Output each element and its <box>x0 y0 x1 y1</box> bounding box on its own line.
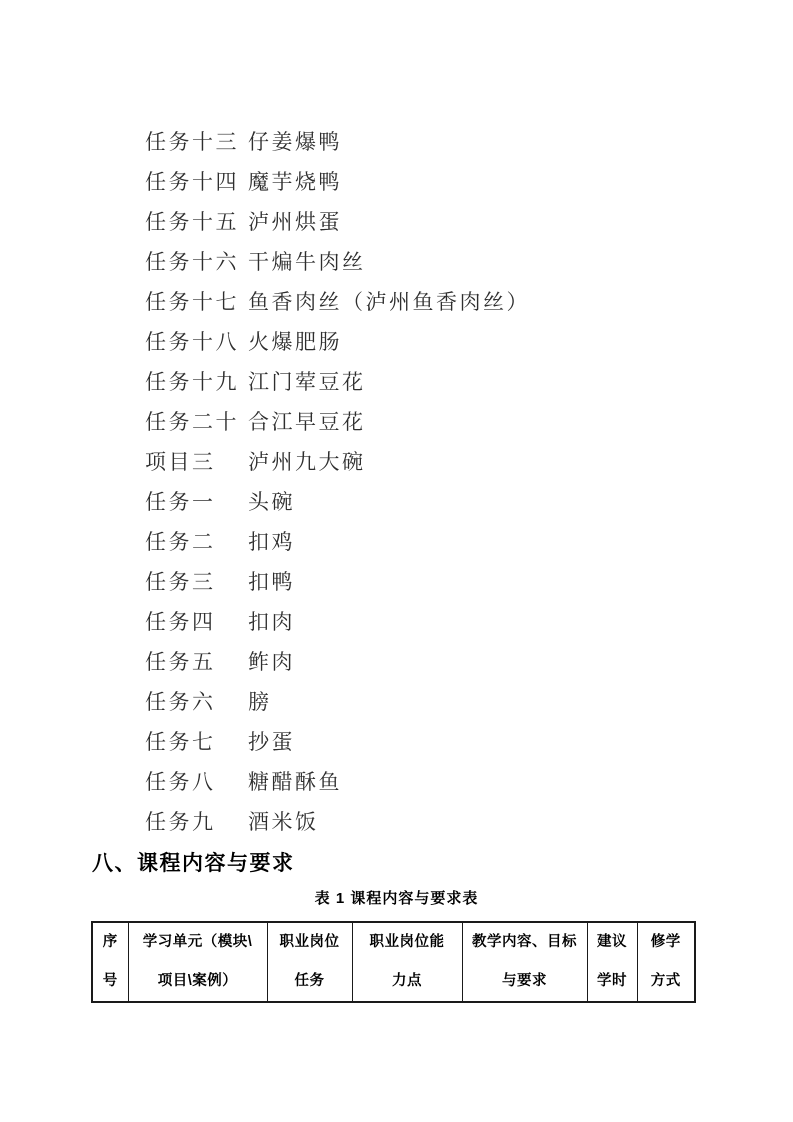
course-task-list: 任务十三 仔姜爆鸭 任务十四 魔芋烧鸭 任务十五 泸州烘蛋 任务十六 干煸牛肉丝… <box>145 122 530 842</box>
column-header: 职业岗位能 力点 <box>352 922 462 1002</box>
list-item-title: 鲊肉 <box>248 642 295 682</box>
list-item-title: 泸州九大碗 <box>248 442 366 482</box>
column-header: 职业岗位 任务 <box>267 922 352 1002</box>
list-item: 任务六 膀 <box>145 682 530 722</box>
list-item-title: 火爆肥肠 <box>248 322 342 362</box>
list-item-label: 任务九 <box>145 802 248 842</box>
list-item: 任务十六 干煸牛肉丝 <box>145 242 530 282</box>
list-item-title: 干煸牛肉丝 <box>248 242 366 282</box>
list-item-title: 扣肉 <box>248 602 295 642</box>
list-item-title: 酒米饭 <box>248 802 319 842</box>
list-item: 任务二 扣鸡 <box>145 522 530 562</box>
list-item: 任务四 扣肉 <box>145 602 530 642</box>
list-item: 任务十三 仔姜爆鸭 <box>145 122 530 162</box>
list-item-title: 扣鸡 <box>248 522 295 562</box>
list-item-title: 泸州烘蛋 <box>248 202 342 242</box>
list-item-label: 任务一 <box>145 482 248 522</box>
list-item: 项目三 泸州九大碗 <box>145 442 530 482</box>
list-item-label: 任务四 <box>145 602 248 642</box>
list-item: 任务十八 火爆肥肠 <box>145 322 530 362</box>
list-item-label: 任务七 <box>145 722 248 762</box>
list-item-label: 任务十八 <box>145 322 248 362</box>
column-header: 修学 方式 <box>637 922 695 1002</box>
list-item: 任务八 糖醋酥鱼 <box>145 762 530 802</box>
table-caption: 表 1 课程内容与要求表 <box>0 887 793 908</box>
column-header: 建议 学时 <box>587 922 637 1002</box>
list-item-title: 江门荤豆花 <box>248 362 366 402</box>
list-item-label: 任务二十 <box>145 402 248 442</box>
list-item-title: 仔姜爆鸭 <box>248 122 342 162</box>
list-item: 任务十五 泸州烘蛋 <box>145 202 530 242</box>
list-item: 任务一 头碗 <box>145 482 530 522</box>
list-item: 任务九 酒米饭 <box>145 802 530 842</box>
column-header: 教学内容、目标 与要求 <box>462 922 587 1002</box>
section-heading: 八、课程内容与要求 <box>92 847 295 877</box>
list-item: 任务五 鲊肉 <box>145 642 530 682</box>
list-item-label: 任务二 <box>145 522 248 562</box>
document-page: 任务十三 仔姜爆鸭 任务十四 魔芋烧鸭 任务十五 泸州烘蛋 任务十六 干煸牛肉丝… <box>0 0 793 1122</box>
list-item-label: 任务十四 <box>145 162 248 202</box>
list-item-label: 任务六 <box>145 682 248 722</box>
list-item-label: 任务十七 <box>145 282 248 322</box>
list-item-title: 魔芋烧鸭 <box>248 162 342 202</box>
list-item-title: 头碗 <box>248 482 295 522</box>
list-item-title: 抄蛋 <box>248 722 295 762</box>
list-item-label: 任务八 <box>145 762 248 802</box>
list-item: 任务十九 江门荤豆花 <box>145 362 530 402</box>
list-item-label: 任务十九 <box>145 362 248 402</box>
list-item: 任务十七 鱼香肉丝（泸州鱼香肉丝） <box>145 282 530 322</box>
column-header: 序 号 <box>92 922 128 1002</box>
list-item: 任务三 扣鸭 <box>145 562 530 602</box>
list-item-label: 任务十三 <box>145 122 248 162</box>
course-requirements-table: 序 号学习单元（模块\ 项目\案例）职业岗位 任务职业岗位能 力点教学内容、目标… <box>91 921 696 1003</box>
list-item: 任务七 抄蛋 <box>145 722 530 762</box>
list-item-label: 任务十六 <box>145 242 248 282</box>
column-header: 学习单元（模块\ 项目\案例） <box>128 922 267 1002</box>
list-item: 任务十四 魔芋烧鸭 <box>145 162 530 202</box>
list-item-label: 任务五 <box>145 642 248 682</box>
list-item-title: 糖醋酥鱼 <box>248 762 342 802</box>
list-item-title: 鱼香肉丝（泸州鱼香肉丝） <box>248 282 530 322</box>
list-item: 任务二十 合江早豆花 <box>145 402 530 442</box>
list-item-label: 任务三 <box>145 562 248 602</box>
list-item-title: 膀 <box>248 682 272 722</box>
list-item-label: 项目三 <box>145 442 248 482</box>
list-item-label: 任务十五 <box>145 202 248 242</box>
list-item-title: 合江早豆花 <box>248 402 366 442</box>
list-item-title: 扣鸭 <box>248 562 295 602</box>
table-header-row: 序 号学习单元（模块\ 项目\案例）职业岗位 任务职业岗位能 力点教学内容、目标… <box>92 922 695 1002</box>
